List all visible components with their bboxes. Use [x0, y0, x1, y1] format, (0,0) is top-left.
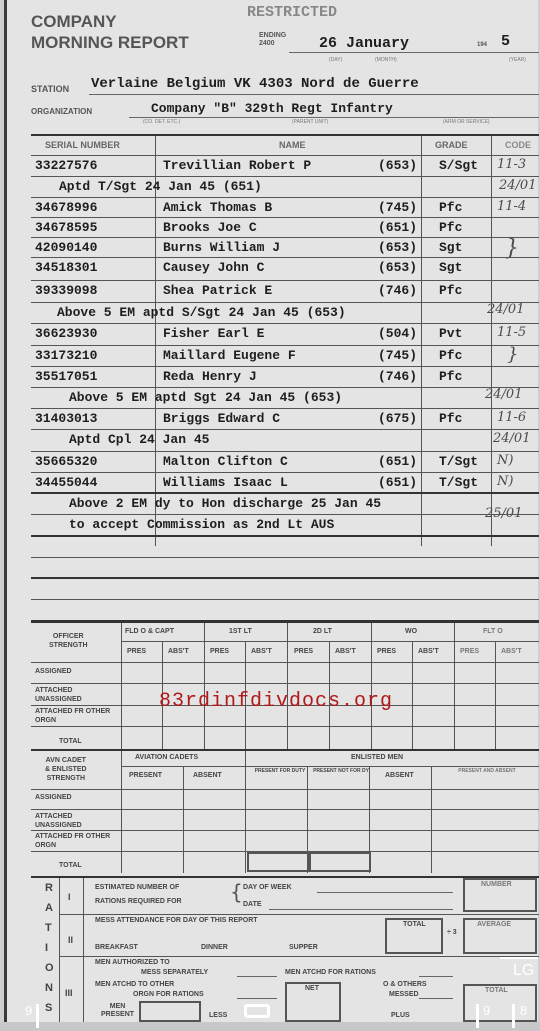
ending-label-1: ENDING — [259, 32, 286, 40]
code-handwritten: N) — [497, 453, 513, 468]
ending-label-2: 2400 — [259, 40, 286, 48]
code-handwritten: 11-4 — [497, 199, 526, 214]
roster-note: Above 5 EM aptd Sgt 24 Jan 45 (653) — [69, 390, 342, 405]
subcol-pres: PRES — [460, 648, 479, 655]
grid-col — [121, 751, 122, 873]
mos-code: (746) — [378, 369, 417, 384]
col-name: NAME — [279, 140, 306, 150]
group-2d-lt: 2D LT — [313, 628, 332, 635]
code-handwritten: 11-5 — [497, 325, 526, 340]
roster-note: Aptd Cpl 24 Jan 45 — [69, 432, 209, 447]
grid-col — [495, 641, 496, 749]
frame-number-right-1: 9 — [483, 1003, 490, 1018]
less-label: LESS — [209, 1012, 227, 1019]
dinner-label: DINNER — [201, 944, 228, 951]
grid-rule — [121, 641, 539, 642]
grid-rule — [31, 662, 539, 663]
o-others-line — [419, 998, 453, 999]
grid-col — [287, 623, 288, 749]
roster-top-rule — [31, 134, 539, 136]
supper-label: SUPPER — [289, 944, 318, 951]
men-atchd-rations-label: MEN ATCHD FOR RATIONS — [285, 969, 376, 976]
row-assigned: ASSIGNED — [35, 794, 72, 801]
men-authorized-line — [237, 976, 277, 977]
group-enlisted-men: ENLISTED MEN — [351, 754, 403, 761]
row-attached-other: ATTACHED FR OTHER ORGN — [35, 707, 115, 725]
subcol-pres: PRES — [294, 648, 313, 655]
grade: Pfc — [439, 220, 462, 235]
soldier-name: Brooks Joe C — [163, 220, 257, 235]
grid-rule — [31, 830, 539, 831]
group-aviation-cadets: AVIATION CADETS — [135, 754, 198, 761]
o-others-label-2: MESSED — [389, 991, 419, 998]
col-present-for-duty: PRESENT FOR DUTY — [251, 768, 309, 774]
frame-tick — [512, 1004, 515, 1028]
serial-number: 33173210 — [35, 348, 97, 363]
serial-number: 33227576 — [35, 158, 97, 173]
caption-co: (CO. DET. ETC.) — [143, 119, 180, 125]
men-authorized-label-2: MESS SEPARATELY — [141, 969, 208, 976]
total-label: TOTAL — [403, 921, 426, 928]
grid-col — [369, 766, 370, 873]
grid-col — [245, 751, 246, 873]
station-value: Verlaine Belgium VK 4303 Nord de Guerre — [91, 76, 419, 92]
row-total: TOTAL — [59, 738, 82, 745]
frame-number-right-2: 8 — [520, 1003, 527, 1018]
row-rule — [31, 535, 539, 537]
row-rule — [31, 599, 539, 600]
station-label: STATION — [31, 84, 69, 94]
grid-col — [204, 623, 205, 749]
row-rule — [31, 345, 539, 346]
rations-letter: T — [45, 922, 52, 934]
roster-note: Above 5 EM aptd S/Sgt 24 Jan 45 (653) — [57, 305, 346, 320]
breakfast-label: BREAKFAST — [95, 944, 138, 951]
col-code: CODE — [505, 140, 531, 150]
organization-value: Company "B" 329th Regt Infantry — [151, 101, 393, 116]
grade: Pfc — [439, 411, 462, 426]
mos-code: (653) — [378, 240, 417, 255]
mos-code: (653) — [378, 158, 417, 173]
total-rations-label: TOTAL — [485, 987, 508, 994]
mos-code: (504) — [378, 326, 417, 341]
subcol-pres: PRES — [210, 648, 229, 655]
caption-day: (DAY) — [329, 57, 342, 63]
officer-label-2: STRENGTH — [49, 641, 88, 650]
enlisted-strength-label: AVN CADET & ENLISTED STRENGTH — [45, 756, 87, 783]
code-handwritten: 11-6 — [497, 410, 526, 425]
rations-letter: A — [45, 902, 53, 914]
rations-col — [59, 878, 60, 1022]
subcol-abst: ABS'T — [418, 648, 439, 655]
divide-by-three: ÷ 3 — [447, 928, 457, 937]
year-prefix: 194 — [477, 42, 487, 48]
rations-letter: S — [45, 1002, 52, 1014]
mos-code: (651) — [378, 220, 417, 235]
grade: Sgt — [439, 260, 462, 275]
men-authorized-label-1: MEN AUTHORIZED TO — [95, 959, 170, 966]
station-underline — [89, 94, 539, 95]
soldier-name: Burns William J — [163, 240, 280, 255]
row-rule — [31, 197, 539, 198]
watermark-text: 83rdinfdivdocs.org — [159, 690, 393, 713]
mess-attendance-label: MESS ATTENDANCE FOR DAY OF THIS REPORT — [95, 917, 258, 924]
row-rule — [31, 302, 539, 303]
film-edge — [0, 1022, 540, 1031]
roster-note: Above 2 EM dy to Hon discharge 25 Jan 45 — [69, 496, 381, 511]
brace-mark: } — [507, 344, 518, 365]
subcol-abst: ABS'T — [335, 648, 356, 655]
frame-tick — [476, 1004, 479, 1028]
rations-col — [83, 878, 84, 1022]
row-rule — [31, 472, 539, 473]
mos-code: (651) — [378, 454, 417, 469]
row-rule — [31, 155, 539, 156]
soldier-name: Williams Isaac L — [163, 475, 288, 490]
grade: Pfc — [439, 348, 462, 363]
row-assigned: ASSIGNED — [35, 668, 72, 675]
mos-code: (745) — [378, 348, 417, 363]
grid-col — [454, 623, 455, 749]
soldier-name: Briggs Edward C — [163, 411, 280, 426]
row-total: TOTAL — [59, 862, 82, 869]
grid-rule — [31, 683, 539, 684]
organization-label: ORGANIZATION — [31, 107, 92, 116]
men-present-label: MEN PRESENT — [101, 1003, 134, 1019]
caption-month: (MONTH) — [375, 57, 397, 63]
soldier-name: Malton Clifton C — [163, 454, 288, 469]
soldier-name: Causey John C — [163, 260, 264, 275]
officer-label-1: OFFICER — [49, 632, 88, 641]
subcol-abst: ABS'T — [251, 648, 272, 655]
serial-number: 35517051 — [35, 369, 97, 384]
serial-number: 34678996 — [35, 200, 97, 215]
lg-rule — [500, 957, 538, 959]
subcol-abst: ABS'T — [168, 648, 189, 655]
row-rule — [31, 492, 539, 494]
serial-number: 35665320 — [35, 454, 97, 469]
soldier-name: Fisher Earl E — [163, 326, 264, 341]
brace-icon: { — [230, 880, 243, 904]
enlisted-top-rule — [31, 749, 539, 751]
average-label: AVERAGE — [477, 921, 511, 928]
col-present-not-for-duty: PRESENT NOT FOR DY — [312, 768, 370, 774]
rations-rule — [59, 914, 539, 915]
grid-col — [183, 766, 184, 873]
rations-letter: N — [45, 982, 53, 994]
grade: S/Sgt — [439, 158, 478, 173]
soldier-name: Trevillian Robert P — [163, 158, 311, 173]
serial-number: 31403013 — [35, 411, 97, 426]
enlisted-label-2: & ENLISTED — [45, 765, 87, 774]
year-digit: 5 — [501, 33, 510, 50]
enlisted-label-1: AVN CADET — [45, 756, 87, 765]
officer-top-rule — [31, 620, 539, 623]
classification-stamp: RESTRICTED — [247, 4, 337, 21]
mos-code: (745) — [378, 200, 417, 215]
grid-col — [307, 766, 308, 873]
serial-number: 34518301 — [35, 260, 97, 275]
section-ii: II — [68, 935, 73, 945]
row-rule — [31, 429, 539, 430]
serial-number: 34678595 — [35, 220, 97, 235]
code-handwritten: 24/01 — [493, 431, 530, 446]
group-wo: WO — [405, 628, 417, 635]
date-label: DATE — [243, 901, 262, 908]
officer-strength-label: OFFICER STRENGTH — [49, 632, 88, 650]
men-present-label-1: MEN — [101, 1003, 134, 1011]
form-title-line2: MORNING REPORT — [31, 33, 189, 53]
grid-rule — [31, 789, 539, 790]
grid-col — [121, 623, 122, 749]
col-present: PRESENT — [129, 772, 162, 779]
row-rule — [31, 557, 539, 558]
grade: Pfc — [439, 369, 462, 384]
row-rule — [31, 366, 539, 367]
soldier-name: Maillard Eugene F — [163, 348, 296, 363]
number-label: NUMBER — [481, 881, 512, 888]
row-attached-unassigned: ATTACHED UNASSIGNED — [35, 686, 115, 704]
row-rule — [31, 323, 539, 324]
enlisted-label-3: STRENGTH — [45, 774, 87, 783]
frame-number-left: 9 — [25, 1003, 32, 1018]
grade: Pvt — [439, 326, 462, 341]
rations-letter: R — [45, 882, 53, 894]
row-rule — [31, 387, 539, 388]
col-serial-number: SERIAL NUMBER — [45, 140, 120, 150]
soldier-name: Shea Patrick E — [163, 283, 272, 298]
row-rule — [31, 217, 539, 218]
mos-code: (653) — [378, 260, 417, 275]
group-1st-lt: 1ST LT — [229, 628, 252, 635]
serial-number: 39339098 — [35, 283, 97, 298]
morning-report-page: COMPANY MORNING REPORT RESTRICTED ENDING… — [4, 0, 538, 1022]
day-of-week-label: DAY OF WEEK — [243, 884, 292, 891]
serial-number: 34455044 — [35, 475, 97, 490]
rations-rule — [59, 956, 539, 957]
net-label: NET — [305, 985, 319, 992]
row-rule — [31, 514, 539, 515]
total-present-not-for-duty-box — [309, 852, 371, 872]
men-present-box — [139, 1001, 201, 1022]
grade: T/Sgt — [439, 475, 478, 490]
row-rule — [31, 408, 539, 409]
mos-code: (675) — [378, 411, 417, 426]
grid-rule — [31, 809, 539, 810]
serial-number: 36623930 — [35, 326, 97, 341]
men-atchd-rations-line — [419, 976, 453, 977]
subcol-abst: ABS'T — [501, 648, 522, 655]
subcol-pres: PRES — [127, 648, 146, 655]
row-rule — [31, 176, 539, 177]
report-date: 26 January — [319, 35, 409, 52]
row-rule — [31, 577, 539, 579]
serial-number: 42090140 — [35, 240, 97, 255]
caption-arm: (ARM OR SERVICE) — [443, 119, 490, 125]
date-line — [269, 909, 453, 910]
col-grade: GRADE — [435, 140, 468, 150]
section-i: I — [68, 892, 71, 902]
grid-rule — [31, 726, 539, 727]
col-present-and-absent: PRESENT AND ABSENT — [437, 768, 537, 774]
mos-code: (746) — [378, 283, 417, 298]
group-flt-o: FLT O — [483, 628, 503, 635]
rations-letter: I — [45, 942, 48, 954]
men-present-label-2: PRESENT — [101, 1011, 134, 1019]
section-iii: III — [65, 988, 73, 998]
roster-note: Aptd T/Sgt 24 Jan 45 (651) — [59, 179, 262, 194]
col-enlisted-absent: ABSENT — [385, 772, 414, 779]
row-rule — [31, 257, 539, 258]
men-atchd-other-label-2: ORGN FOR RATIONS — [133, 991, 204, 998]
code-handwritten: 11-3 — [497, 157, 526, 172]
group-fld-capt: FLD O & CAPT — [125, 628, 174, 635]
organization-underline — [129, 117, 539, 118]
men-atchd-other-label-1: MEN ATCHD TO OTHER — [95, 981, 174, 988]
soldier-name: Amick Thomas B — [163, 200, 272, 215]
grade: Pfc — [439, 200, 462, 215]
plus-label: PLUS — [391, 1012, 410, 1019]
grade: Pfc — [439, 283, 462, 298]
estimated-label-2: RATIONS REQUIRED FOR — [95, 898, 182, 905]
date-underline — [289, 52, 539, 53]
men-atchd-other-line — [237, 998, 277, 999]
code-handwritten: 24/01 — [487, 302, 524, 317]
subcol-pres: PRES — [377, 648, 396, 655]
ending-label: ENDING 2400 — [259, 32, 286, 48]
col-absent: ABSENT — [193, 772, 222, 779]
row-rule — [31, 451, 539, 452]
roster-note: to accept Commission as 2nd Lt AUS — [69, 517, 334, 532]
grade: Sgt — [439, 240, 462, 255]
lg-mark: LG — [513, 962, 534, 980]
form-title-line1: COMPANY — [31, 12, 117, 32]
caption-year: (YEAR) — [509, 57, 526, 63]
estimated-label-1: ESTIMATED NUMBER OF — [95, 884, 179, 891]
grid-col — [371, 623, 372, 749]
code-handwritten: N) — [497, 474, 513, 489]
code-handwritten: 24/01 — [499, 178, 536, 193]
day-of-week-line — [317, 892, 453, 893]
code-handwritten: 24/01 — [485, 387, 522, 402]
row-attached-other: ATTACHED FR OTHER ORGN — [35, 832, 115, 850]
film-sprocket-icon — [244, 1004, 270, 1018]
row-rule — [31, 237, 539, 238]
grid-col — [412, 641, 413, 749]
grade: T/Sgt — [439, 454, 478, 469]
o-others-label-1: O & OTHERS — [383, 981, 427, 988]
rations-letter: O — [45, 962, 54, 974]
frame-tick — [36, 1004, 39, 1028]
row-rule — [31, 280, 539, 281]
grid-col — [431, 766, 432, 873]
row-attached-unassigned: ATTACHED UNASSIGNED — [35, 812, 115, 830]
soldier-name: Reda Henry J — [163, 369, 257, 384]
caption-parent: (PARENT UNIT) — [292, 119, 328, 125]
total-present-for-duty-box — [247, 852, 309, 872]
mos-code: (651) — [378, 475, 417, 490]
